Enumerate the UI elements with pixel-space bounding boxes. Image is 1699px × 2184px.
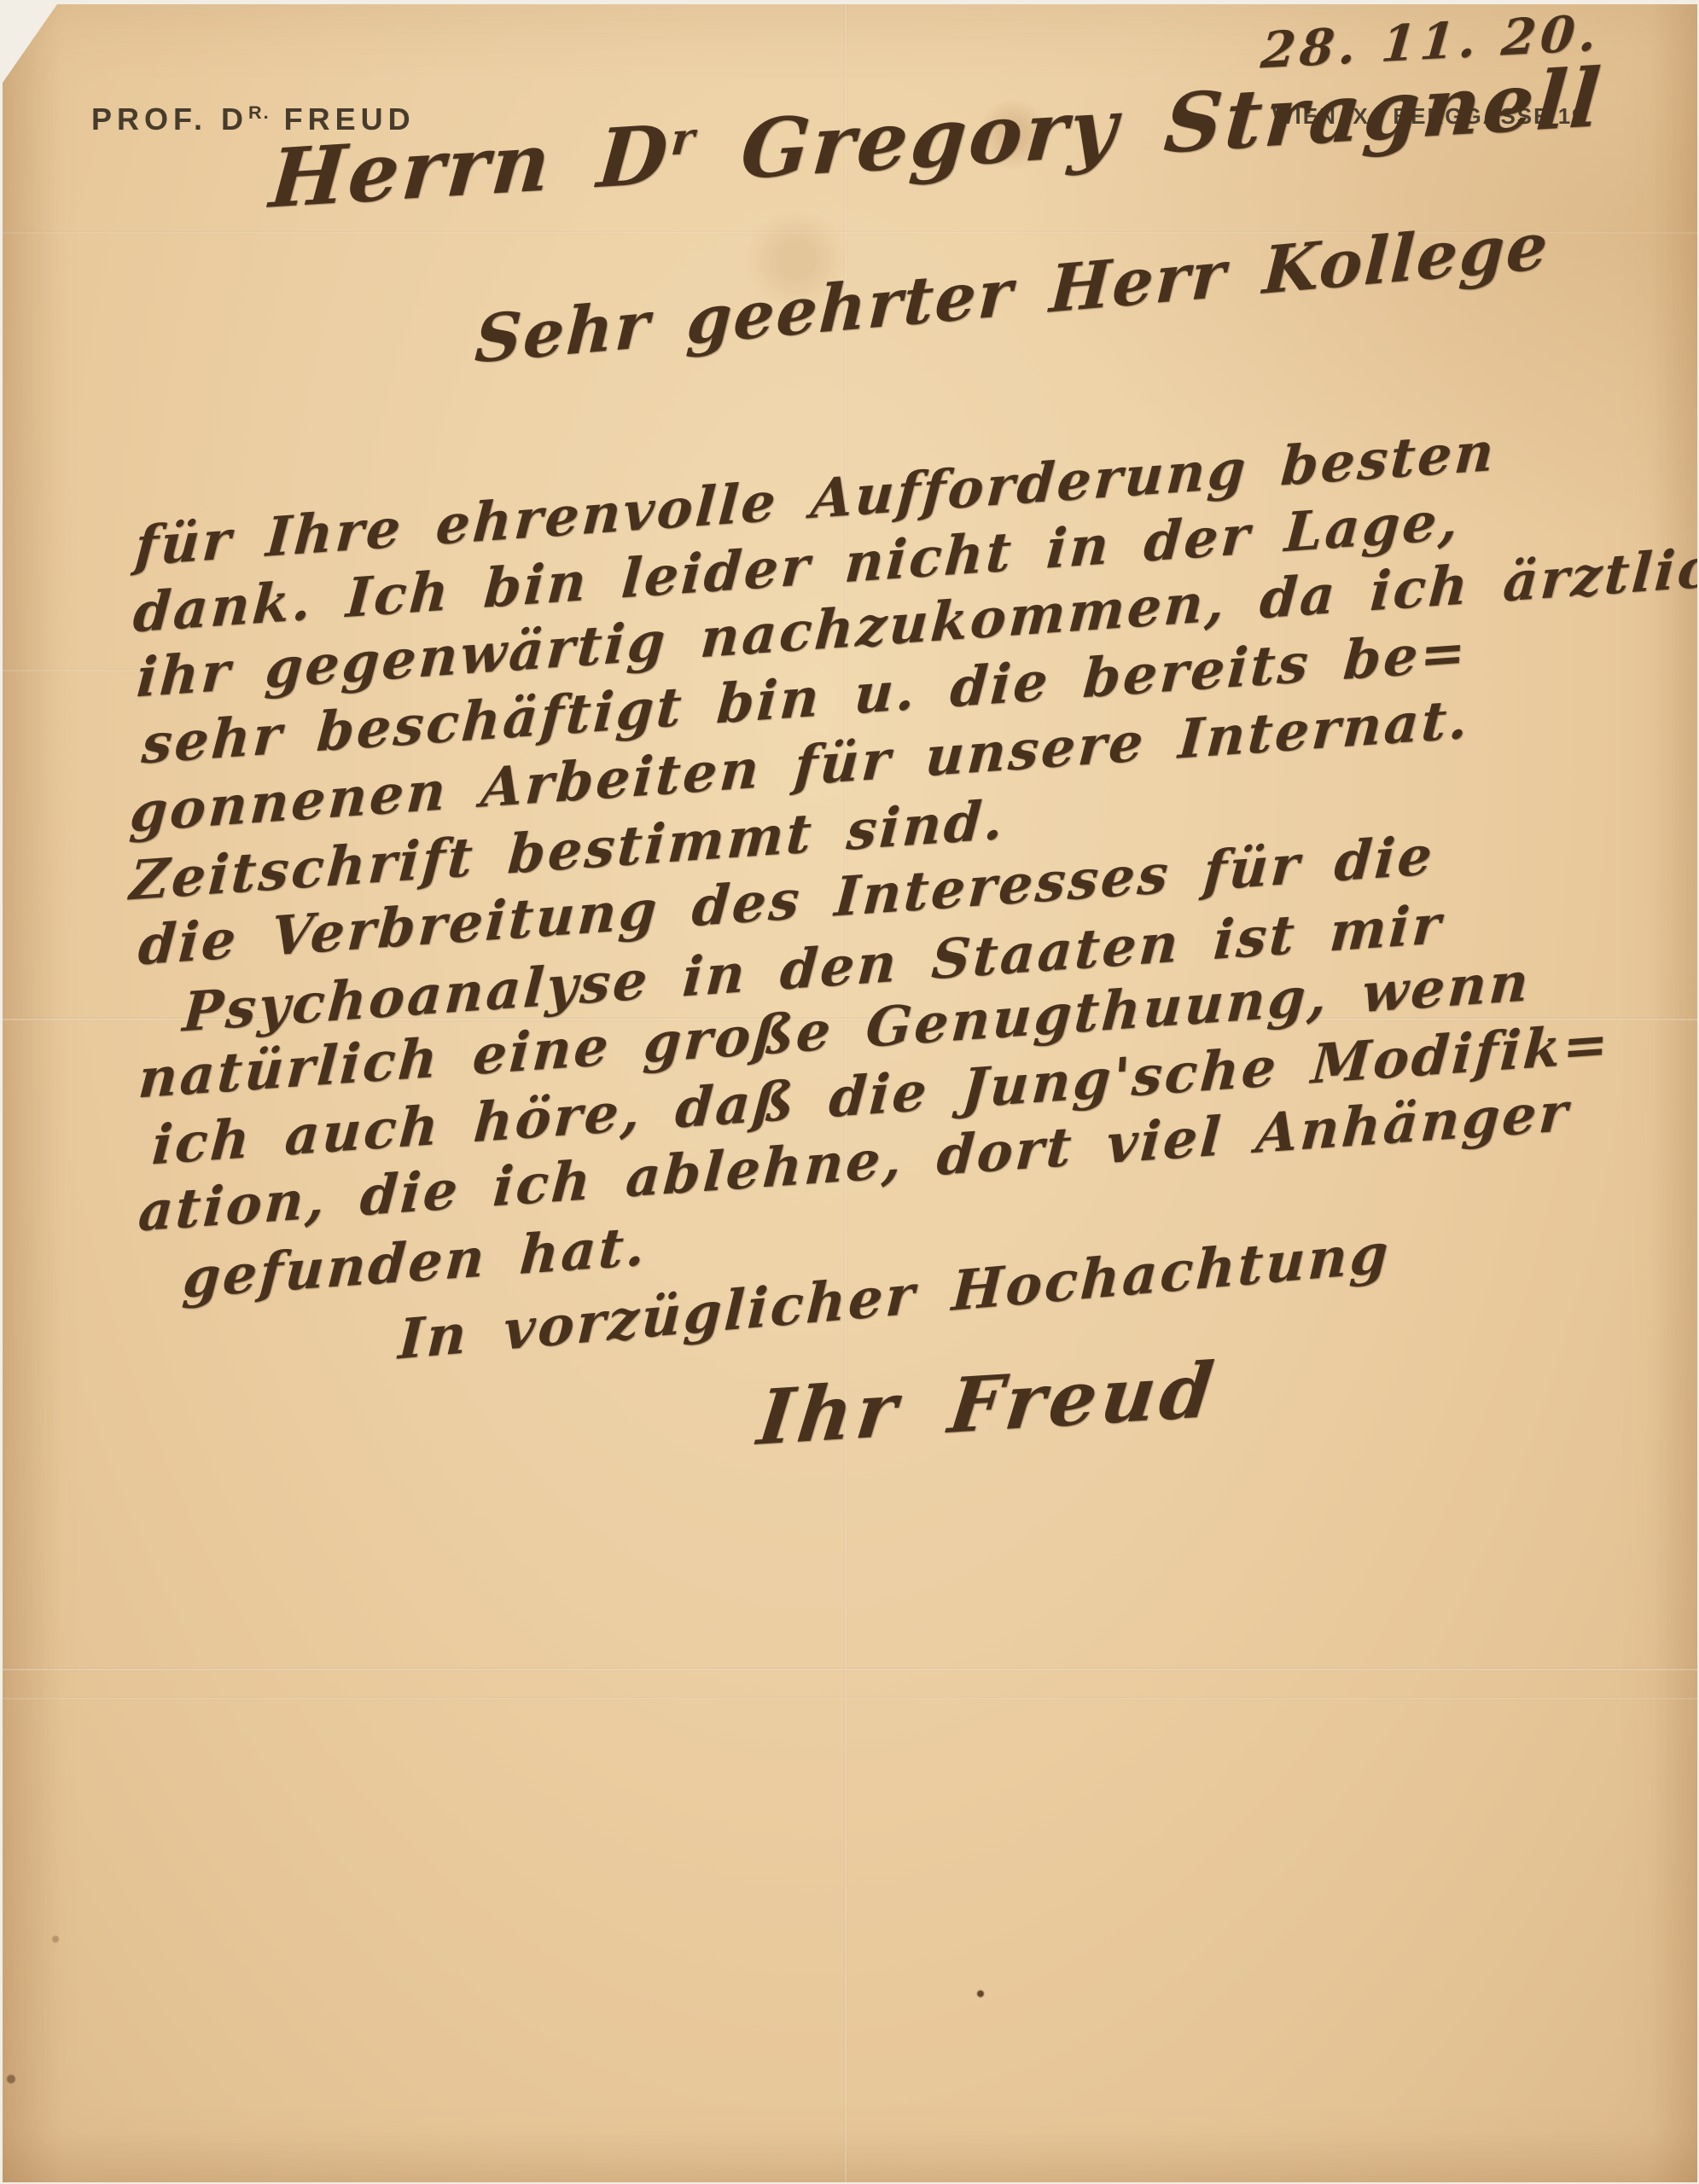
letter-page: PROF. DR. FREUD 28. 11. 20. WIEN IX., BE… <box>3 4 1697 2182</box>
horizontal-fold-crease <box>3 1697 1697 1700</box>
salutation-line: Sehr geehrter Herr Kollege <box>473 207 1551 378</box>
addressee-line: Herrn Dr Gregory Stragnell <box>266 51 1606 227</box>
letterhead-name-text: PROF. D <box>91 102 248 136</box>
addressee-text: Gregory Stragnell <box>692 51 1606 201</box>
signature: Ihr Freud <box>753 1345 1222 1462</box>
letterhead-name-superscript: R. <box>248 102 271 123</box>
horizontal-fold-crease <box>3 1668 1697 1671</box>
